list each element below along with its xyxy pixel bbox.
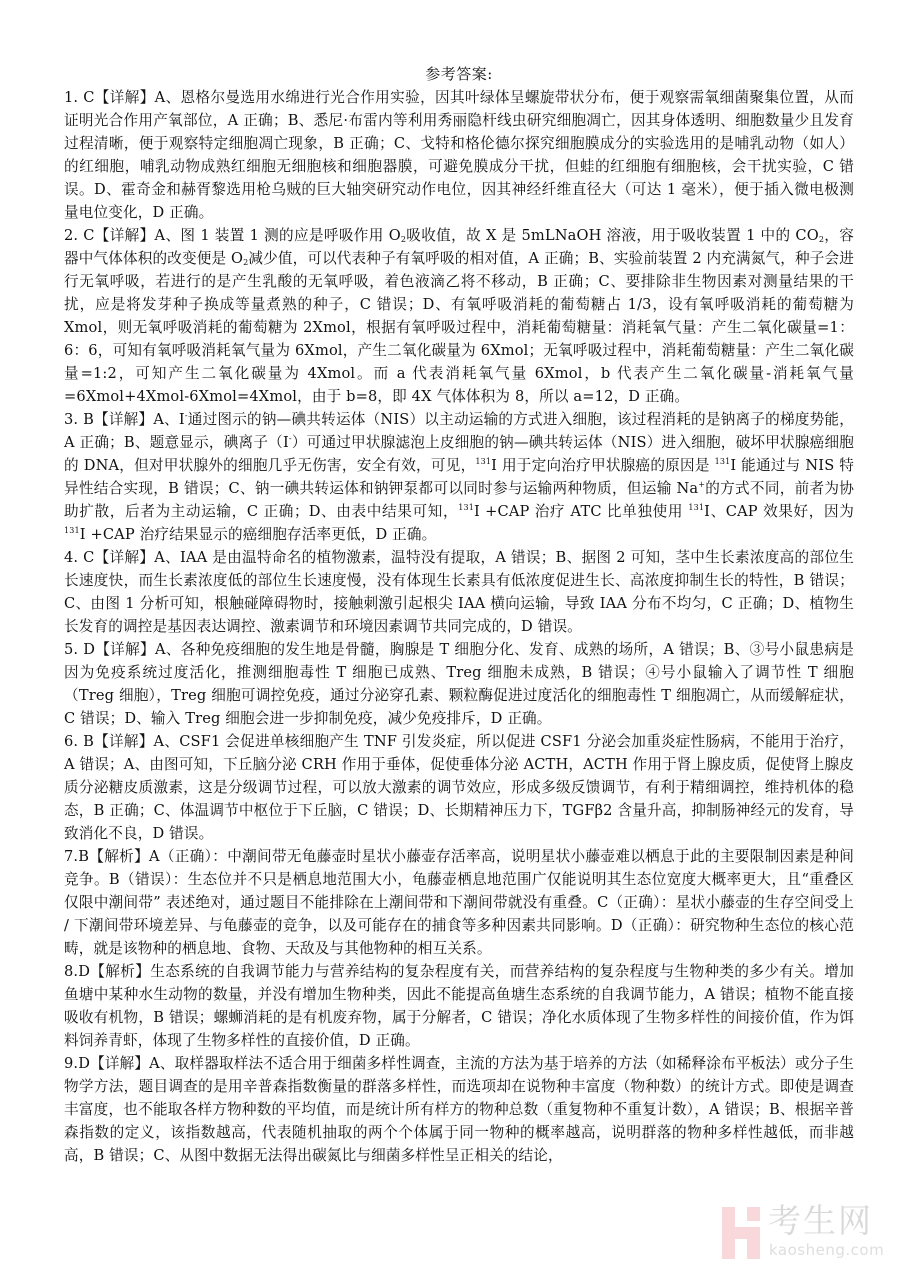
answer-item-4: 4. C【详解】A、IAA 是由温特命名的植物激素，温特没有提取，A 错误；B、… xyxy=(64,546,854,638)
answer-item-1: 1. C【详解】A、恩格尔曼选用水绵进行光合作用实验，因其叶绿体呈螺旋带状分布，… xyxy=(64,86,854,224)
answer-item-9: 9.D【详解】A、取样器取样法不适合用于细菌多样性调查，主流的方法为基于培养的方… xyxy=(64,1052,854,1167)
answer-text: 吸收值，故 X 是 5mLNaOH 溶液，用于吸收装置 1 中的 CO xyxy=(406,227,819,244)
watermark-chinese-text: 考生网 xyxy=(768,1201,873,1241)
answer-text: I 用于定向治疗甲状腺癌的原因是 xyxy=(491,457,714,474)
answer-text: 减少值，可以代表种子有氧呼吸的相对值，A 正确；B、实验前装置 2 内充满氮气，… xyxy=(64,250,854,405)
answer-item-3: 3. B【详解】A、I-通过图示的钠—碘共转运体（NIS）以主动运输的方式进入细… xyxy=(64,408,854,546)
answer-text: 2. C【详解】A、图 1 装置 1 测的应是呼吸作用 O xyxy=(64,227,401,244)
answer-text: 3. B【详解】A、I xyxy=(64,411,185,428)
kaosheng-logo-icon xyxy=(722,1207,760,1259)
kaosheng-watermark: 考生网 kaosheng.com xyxy=(718,1203,898,1269)
answer-item-5: 5. D【详解】A、各种免疫细胞的发生地是骨髓，胸腺是 T 细胞分化、发育、成熟… xyxy=(64,638,854,730)
answer-text: I +CAP 治疗 ATC 比单独使用 xyxy=(474,503,688,520)
document-title: 参考答案: xyxy=(64,62,854,86)
watermark-url-text: kaosheng.com xyxy=(769,1241,884,1259)
superscript: 131 xyxy=(688,503,704,512)
answer-document: 参考答案: 1. C【详解】A、恩格尔曼选用水绵进行光合作用实验，因其叶绿体呈螺… xyxy=(64,62,854,1167)
answer-item-6: 6. B【详解】A、CSF1 会促进单核细胞产生 TNF 引发炎症，所以促进 C… xyxy=(64,730,854,845)
answer-text: I +CAP 治疗结果显示的癌细胞存活率更低，D 正确。 xyxy=(80,526,437,543)
answer-item-7: 7.B【解析】A（正确）：中潮间带无龟藤壶时星状小藤壶存活率高，说明星状小藤壶难… xyxy=(64,845,854,960)
superscript: 131 xyxy=(475,457,491,466)
superscript: 131 xyxy=(458,503,474,512)
answer-item-8: 8.D【解析】生态系统的自我调节能力与营养结构的复杂程度有关，而营养结构的复杂程… xyxy=(64,960,854,1052)
answer-text: I、CAP 效果好，因为 xyxy=(704,503,854,520)
superscript: 131 xyxy=(64,526,80,535)
answer-item-2: 2. C【详解】A、图 1 装置 1 测的应是呼吸作用 O2吸收值，故 X 是 … xyxy=(64,224,854,408)
superscript: 131 xyxy=(715,457,731,466)
